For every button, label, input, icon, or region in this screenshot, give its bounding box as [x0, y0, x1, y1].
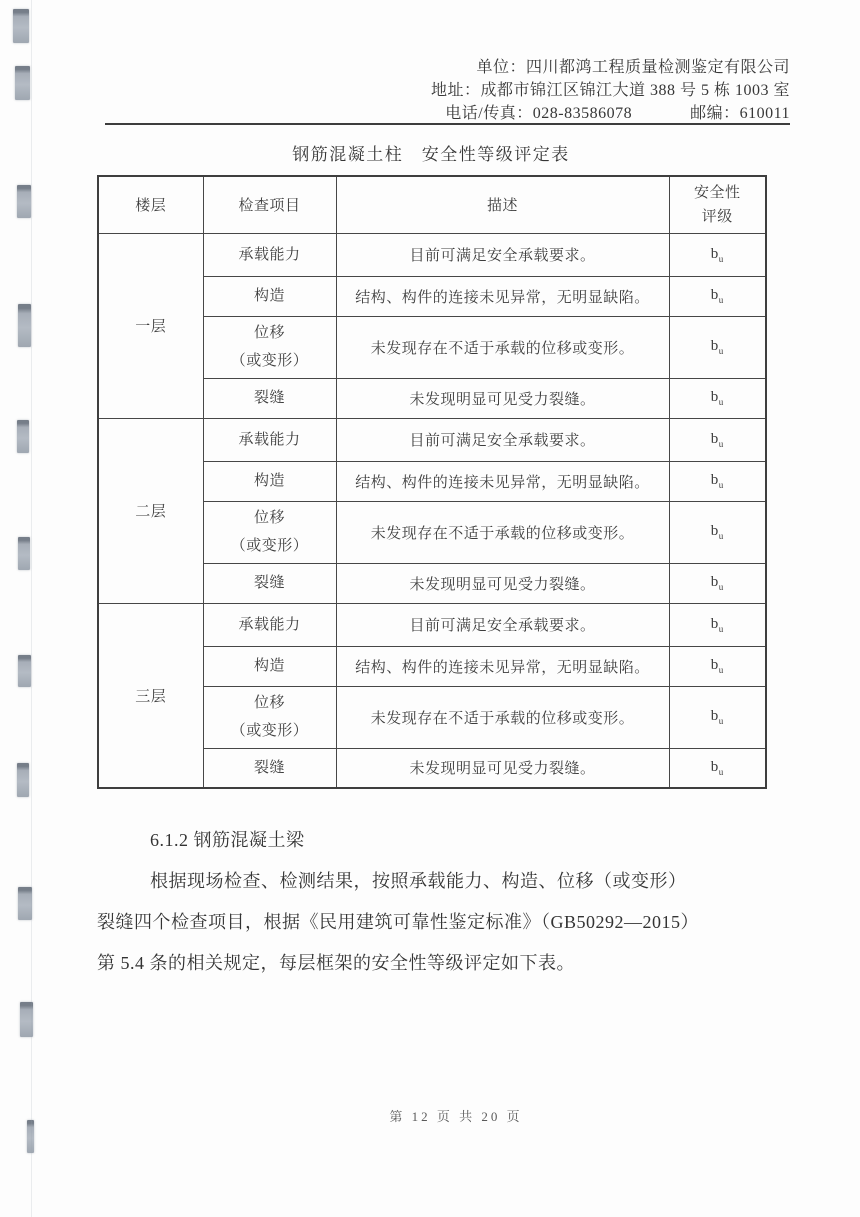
table-row: 三层 承载能力 目前可满足安全承载要求。 bu: [98, 603, 766, 646]
scanned-report-page: 单位：四川都鸿工程质量检测鉴定有限公司 地址：成都市锦江区锦江大道 388 号 …: [0, 0, 860, 1217]
binding-hole-mark: [18, 887, 32, 920]
rating-cell: bu: [669, 686, 766, 748]
item-cell: 位移 （或变形）: [203, 501, 336, 563]
rating-cell: bu: [669, 276, 766, 316]
rating-cell: bu: [669, 646, 766, 686]
rating-cell: bu: [669, 378, 766, 418]
item-cell: 构造: [203, 461, 336, 501]
table-title: 钢筋混凝土柱 安全性等级评定表: [97, 140, 765, 165]
floor-cell: 一层: [98, 233, 203, 418]
desc-cell: 未发现存在不适于承载的位移或变形。: [336, 316, 669, 378]
col-header-item: 检查项目: [203, 176, 336, 233]
col-header-desc: 描述: [336, 176, 669, 233]
desc-cell: 结构、构件的连接未见异常，无明显缺陷。: [336, 276, 669, 316]
binding-hole-mark: [18, 655, 31, 687]
binding-hole-mark: [18, 304, 31, 347]
desc-cell: 未发现明显可见受力裂缝。: [336, 378, 669, 418]
col-header-rating: 安全性 评级: [669, 176, 766, 233]
binding-hole-mark: [15, 66, 30, 100]
letterhead-unit-line: 单位：四川都鸿工程质量检测鉴定有限公司: [270, 56, 790, 79]
page-number: 第 12 页 共 20 页: [56, 1106, 856, 1125]
item-cell: 裂缝: [203, 748, 336, 788]
letterhead-postal-code: 邮编：610011: [690, 102, 790, 125]
paragraph-line: 第 5.4 条的相关规定，每层框架的安全性等级评定如下表。: [97, 943, 769, 984]
desc-cell: 目前可满足安全承载要求。: [336, 418, 669, 461]
item-cell: 构造: [203, 276, 336, 316]
report-letterhead: 单位：四川都鸿工程质量检测鉴定有限公司 地址：成都市锦江区锦江大道 388 号 …: [270, 56, 790, 125]
paragraph-line: 根据现场检查、检测结果，按照承载能力、构造、位移（或变形）: [97, 861, 769, 902]
desc-cell: 未发现明显可见受力裂缝。: [336, 748, 669, 788]
item-cell: 承载能力: [203, 233, 336, 276]
desc-cell: 结构、构件的连接未见异常，无明显缺陷。: [336, 461, 669, 501]
binding-hole-mark: [13, 9, 29, 43]
rating-cell: bu: [669, 418, 766, 461]
paragraph-line: 裂缝四个检查项目，根据《民用建筑可靠性鉴定标准》（GB50292—2015）: [97, 902, 769, 943]
rating-cell: bu: [669, 233, 766, 276]
rating-cell: bu: [669, 501, 766, 563]
rating-cell: bu: [669, 316, 766, 378]
binding-hole-mark: [17, 420, 29, 453]
item-cell: 裂缝: [203, 378, 336, 418]
rating-cell: bu: [669, 603, 766, 646]
table-row: 二层 承载能力 目前可满足安全承载要求。 bu: [98, 418, 766, 461]
item-cell: 位移 （或变形）: [203, 686, 336, 748]
floor-cell: 三层: [98, 603, 203, 788]
binding-hole-mark: [17, 763, 29, 797]
rating-cell: bu: [669, 748, 766, 788]
col-header-floor: 楼层: [98, 176, 203, 233]
desc-cell: 目前可满足安全承载要求。: [336, 233, 669, 276]
table-header-row: 楼层 检查项目 描述 安全性 评级: [98, 176, 766, 233]
rating-cell: bu: [669, 563, 766, 603]
desc-cell: 结构、构件的连接未见异常，无明显缺陷。: [336, 646, 669, 686]
item-cell: 构造: [203, 646, 336, 686]
item-cell: 裂缝: [203, 563, 336, 603]
item-cell: 承载能力: [203, 603, 336, 646]
floor-cell: 二层: [98, 418, 203, 603]
binding-hole-mark: [18, 537, 30, 570]
rating-cell: bu: [669, 461, 766, 501]
binding-crease-line: [31, 0, 32, 1217]
desc-cell: 未发现存在不适于承载的位移或变形。: [336, 501, 669, 563]
desc-cell: 未发现明显可见受力裂缝。: [336, 563, 669, 603]
item-cell: 位移 （或变形）: [203, 316, 336, 378]
desc-cell: 未发现存在不适于承载的位移或变形。: [336, 686, 669, 748]
binding-hole-mark: [17, 185, 31, 218]
item-cell: 承载能力: [203, 418, 336, 461]
desc-cell: 目前可满足安全承载要求。: [336, 603, 669, 646]
letterhead-phone: 电话/传真：028-83586078: [445, 102, 632, 125]
safety-grade-table: 楼层 检查项目 描述 安全性 评级 一层 承载能力 目前可满足安全承载要求。 b…: [97, 175, 767, 789]
section-heading: 6.1.2 钢筋混凝土梁: [97, 820, 769, 861]
letterhead-contact-line: 电话/传真：028-83586078 邮编：610011: [270, 102, 790, 125]
letterhead-address-line: 地址：成都市锦江区锦江大道 388 号 5 栋 1003 室: [270, 79, 790, 102]
table-row: 一层 承载能力 目前可满足安全承载要求。 bu: [98, 233, 766, 276]
letterhead-divider: [105, 123, 790, 125]
section-6-1-2: 6.1.2 钢筋混凝土梁 根据现场检查、检测结果，按照承载能力、构造、位移（或变…: [97, 820, 769, 984]
